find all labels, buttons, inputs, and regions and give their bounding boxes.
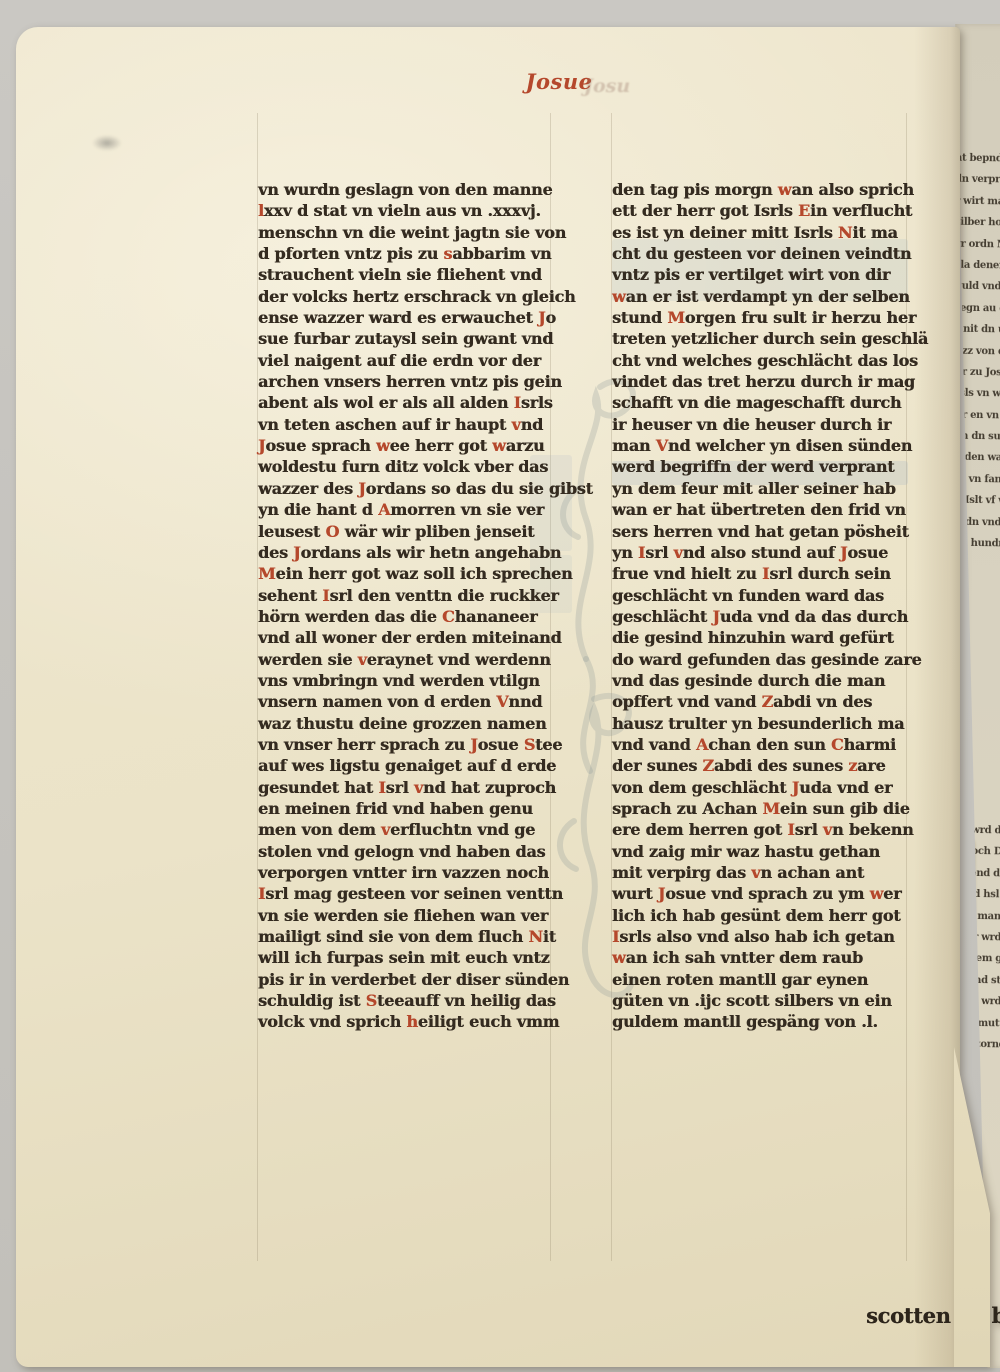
rubricated-letter: J — [712, 607, 719, 626]
text-line: volck vnd sprich heiligt euch vmm — [258, 1011, 550, 1032]
text-line: mailigt sind sie von dem fluch Nit — [258, 926, 550, 947]
text-line: hausz trulter yn besunderlich ma — [612, 713, 912, 734]
text-line: r wirt man — [955, 190, 1000, 212]
text-line: Mein herr got waz soll ich sprechen — [258, 563, 550, 584]
text-line: guld vnd h — [955, 276, 1000, 298]
text-line: will ich furpas sein mit euch vntz — [258, 947, 550, 968]
rubricated-letter: A — [696, 735, 708, 754]
text-line: vns vmbringn vnd werden vtilgn — [258, 670, 550, 691]
text-line: waz thustu deine grozzen namen — [258, 713, 550, 734]
text-line: stund Morgen fru sult ir herzu her — [612, 307, 912, 328]
text-line: yn dem feur mit aller seiner hab — [612, 478, 912, 499]
text-line: sprach zu Achan Mein sun gib die — [612, 798, 912, 819]
rubricated-letter: J — [293, 543, 300, 562]
text-line: vntz pis er vertilget wirt von dir — [612, 264, 912, 285]
rubricated-letter: M — [667, 308, 685, 327]
text-line: vn sie werden sie fliehen wan ver — [258, 905, 550, 926]
text-line: sber wrdn — [955, 927, 1000, 949]
text-line: d Islt vf w — [955, 490, 1000, 512]
text-line: werden sie veraynet vnd werdenn — [258, 649, 550, 670]
text-line: lich ich hab gesünt dem herr got — [612, 905, 912, 926]
page-curvature-shading — [914, 27, 960, 1367]
text-line: pr zu Josue — [955, 362, 1000, 384]
rubricated-letter: v — [512, 415, 521, 434]
rubricated-letter: M — [762, 799, 780, 818]
text-line: vn hundn — [955, 533, 1000, 555]
text-line: n dn vnd — [955, 511, 1000, 533]
text-line: den tag pis morgn wan also sprich — [612, 179, 912, 200]
rubricated-letter: A — [378, 500, 390, 519]
rubricated-letter: M — [258, 564, 276, 583]
rubricated-letter: w — [870, 884, 884, 903]
rubricated-letter: N — [528, 927, 542, 946]
rubricated-letter: N — [838, 223, 852, 242]
rubricated-letter: J — [792, 778, 799, 797]
text-line: ln vnd st — [955, 969, 1000, 991]
text-line: o noch Ds — [955, 841, 1000, 863]
text-line: archen vnsers herren vntz pis gein — [258, 371, 550, 392]
rubricated-letter: w — [376, 436, 390, 455]
text-line: ere dem herren got Isrl vn bekenn — [612, 819, 912, 840]
text-line: verporgen vntter irn vazzen noch — [258, 862, 550, 883]
rubricated-letter: J — [658, 884, 665, 903]
text-line: nwend d h — [955, 862, 1000, 884]
rubricated-letter: v — [674, 543, 683, 562]
rubricated-letter: s — [443, 244, 452, 263]
text-line: yn Isrl vnd also stund auf Josue — [612, 542, 912, 563]
rubricated-letter: l — [258, 201, 264, 220]
rubricated-letter: I — [322, 586, 329, 605]
rubricated-letter: V — [656, 436, 668, 455]
text-line: stolen vnd gelogn vnd haben das — [258, 841, 550, 862]
rubricated-letter: w — [612, 287, 626, 306]
rubricated-letter: S — [366, 991, 377, 1010]
text-line: abent als wol er als all alden Isrls — [258, 392, 550, 413]
rubricated-letter: J — [358, 479, 365, 498]
text-line: hörn werden das die Chananeer — [258, 606, 550, 627]
text-line: vnd zaig mir waz hastu gethan — [612, 841, 912, 862]
rubricated-letter: I — [638, 543, 645, 562]
rubricated-letter: v — [381, 820, 390, 839]
text-line: Isrl mag gesteen vor seinen venttn — [258, 883, 550, 904]
text-line: Isrls also vnd also hab ich getan — [612, 926, 912, 947]
rubricated-letter: I — [612, 927, 619, 946]
text-line: sers herren vnd hat getan pösheit — [612, 521, 912, 542]
text-line: wan er hat übertreten den frid vn — [612, 499, 912, 520]
text-line: vnd das gesinde durch die man — [612, 670, 912, 691]
running-header-show-through: Josu — [584, 75, 630, 97]
text-line: gesundet hat Isrl vnd hat zuproch — [258, 777, 550, 798]
text-line: von dem geschlächt Juda vnd er — [612, 777, 912, 798]
text-line: mit verpirg das vn achan ant — [612, 862, 912, 883]
text-line: yn die hant d Amorren vn sie ver — [258, 499, 550, 520]
text-line: der volcks hertz erschrack vn gleich — [258, 286, 550, 307]
rubricated-letter: z — [848, 756, 857, 775]
text-line: n vnmutt — [955, 1012, 1000, 1034]
manuscript-scan: { "page": { "header": "Josue", "header_g… — [0, 0, 1000, 1372]
rubricated-letter: Z — [702, 756, 713, 775]
rubricated-letter: I — [787, 820, 794, 839]
text-line: hzz von der — [955, 340, 1000, 362]
rubricated-letter: O — [325, 522, 339, 541]
rubricated-letter: v — [414, 778, 423, 797]
rubricated-letter: I — [258, 884, 265, 903]
text-line: vr ordn Nan — [955, 233, 1000, 255]
column-right: den tag pis morgn wan also sprichett der… — [612, 179, 912, 1033]
rubricated-letter: I — [378, 778, 385, 797]
text-line: geschlächt Juda vnd da das durch — [612, 606, 912, 627]
text-line: nt bepnd o d — [955, 148, 1000, 170]
text-line: Josue sprach wee herr got warzu — [258, 435, 550, 456]
pencil-mark — [92, 135, 122, 151]
text-line: cht du gesteen vor deinen veindtn — [612, 243, 912, 264]
rubricated-letter: J — [470, 735, 477, 754]
text-line: frue vnd hielt zu Isrl durch sein — [612, 563, 912, 584]
text-line: ydn mantl — [955, 905, 1000, 927]
text-line: wan ich sah vntter dem raub — [612, 947, 912, 968]
rubricated-letter: h — [406, 1012, 417, 1031]
text-line: rm d hsl — [955, 884, 1000, 906]
rubricated-letter: I — [762, 564, 769, 583]
text-line: dn verprgn — [955, 169, 1000, 191]
text-line: vnsern namen von d erden Vnnd — [258, 691, 550, 712]
text-line: do ward gefunden das gesinde zare — [612, 649, 912, 670]
rubricated-letter: w — [612, 948, 626, 967]
text-line: pis ir in verderbet der diser sünden — [258, 969, 550, 990]
text-line: vnd all woner der erden miteinand — [258, 627, 550, 648]
text-line: lxxv d stat vn vieln aus vn .xxxvj. — [258, 200, 550, 221]
text-line: d pforten vntz pis zu sabbarim vn — [258, 243, 550, 264]
text-line: menschn vn die weint jagtn sie von — [258, 222, 550, 243]
text-line: der sunes Zabdi des sunes zare — [612, 755, 912, 776]
text-line: güten vn .ijc scott silbers vn ein — [612, 990, 912, 1011]
rubricated-letter: C — [442, 607, 455, 626]
rubricated-letter: J — [538, 308, 545, 327]
text-line: des Jordans als wir hetn angehabn — [258, 542, 550, 563]
text-line: vn vnser herr sprach zu Josue Stee — [258, 734, 550, 755]
text-line: schuldig ist Steeauff vn heilig das — [258, 990, 550, 1011]
column-left: vn wurdn geslagn von den mannelxxv d sta… — [258, 179, 550, 1033]
rubricated-letter: J — [840, 543, 847, 562]
text-line: sue furbar zutaysl sein gwant vnd — [258, 328, 550, 349]
text-line: ett der herr got Isrls Ein verflucht — [612, 200, 912, 221]
text-line: en meinen frid vnd haben genu — [258, 798, 550, 819]
text-line: treten yetzlicher durch sein geschlä — [612, 328, 912, 349]
text-line: d Isl wrd — [955, 991, 1000, 1013]
rubricated-letter: J — [258, 436, 265, 455]
text-line: r nit dn ur — [955, 319, 1000, 341]
text-line: Isls vn wu — [955, 383, 1000, 405]
ruling-line — [550, 113, 551, 1261]
text-line: vz dem gz — [955, 948, 1000, 970]
rubricated-letter: E — [798, 201, 810, 220]
text-line: schafft vn die mageschafft durch — [612, 392, 912, 413]
rubricated-letter: V — [496, 692, 508, 711]
text-line: viel naigent auf die erdn vor der — [258, 350, 550, 371]
text-line: men von dem verfluchtn vnd ge — [258, 819, 550, 840]
text-line: woldestu furn ditz volck vber das — [258, 456, 550, 477]
rubricated-letter: S — [524, 735, 535, 754]
rubricated-letter: v — [358, 650, 367, 669]
text-line: ense wazzer ward es erwauchet Jo — [258, 307, 550, 328]
manuscript-leaf: Josue Josu vn wurdn geslagn von den mann… — [16, 27, 960, 1367]
text-line: wan er ist verdampt yn der selben — [612, 286, 912, 307]
text-line: geschlächt vn funden ward das — [612, 585, 912, 606]
text-line: an dn sun — [955, 426, 1000, 448]
text-line: man Vnd welcher yn disen sünden — [612, 435, 912, 456]
edge-fragments-top: nt bepnd o ddn verprgnr wirt mansilber h… — [955, 148, 1000, 560]
text-line: vn teten aschen auf ir haupt vnd — [258, 414, 550, 435]
rubricated-letter: w — [778, 180, 792, 199]
rubricated-letter: v — [823, 820, 832, 839]
text-line: vnd vand Achan den sun Charmi — [612, 734, 912, 755]
rubricated-letter: Z — [762, 692, 773, 711]
edge-fragments-mid: an wrd do noch Dsnwend d hrm d hslydn ma… — [955, 820, 1000, 1058]
text-line: die gesind hinzuhin ward gefürt — [612, 627, 912, 648]
text-line: leusest O wär wir pliben jenseit — [258, 521, 550, 542]
text-line: wurt Josue vnd sprach zu ym wer — [612, 883, 912, 904]
text-line: hr en vn d — [955, 404, 1000, 426]
text-line: regn au d S — [955, 297, 1000, 319]
text-line: auf wes ligstu genaiget auf d erde — [258, 755, 550, 776]
text-line: vn wurdn geslagn von den manne — [258, 179, 550, 200]
text-line: vn tzornd — [955, 1034, 1000, 1056]
text-line: werd begriffn der werd verprant — [612, 456, 912, 477]
text-line: ir heuser vn die heuser durch ir — [612, 414, 912, 435]
text-line: strauchent vieln sie fliehent vnd — [258, 264, 550, 285]
text-line: guldem mantll gespäng von .l. — [612, 1011, 912, 1032]
text-line: silber hol d — [955, 212, 1000, 234]
text-line: an wrd d — [955, 820, 1000, 842]
rubricated-letter: w — [492, 436, 506, 455]
text-line: o den wart — [955, 447, 1000, 469]
text-line: einen roten mantll gar eynen — [612, 969, 912, 990]
text-line: wazzer des Jordans so das du sie gibst — [258, 478, 550, 499]
text-line: cht vnd welches geschlächt das los — [612, 350, 912, 371]
rubricated-letter: I — [514, 393, 521, 412]
text-line: vindet das tret herzu durch ir mag — [612, 371, 912, 392]
text-line: in vn fand — [955, 469, 1000, 491]
rubricated-letter: v — [751, 863, 760, 882]
text-line: opffert vnd vand Zabdi vn des — [612, 691, 912, 712]
text-line: sehent Isrl den venttn die ruckker — [258, 585, 550, 606]
text-line: sla dener d — [955, 255, 1000, 277]
rubricated-letter: C — [831, 735, 844, 754]
text-line: es ist yn deiner mitt Isrls Nit ma — [612, 222, 912, 243]
